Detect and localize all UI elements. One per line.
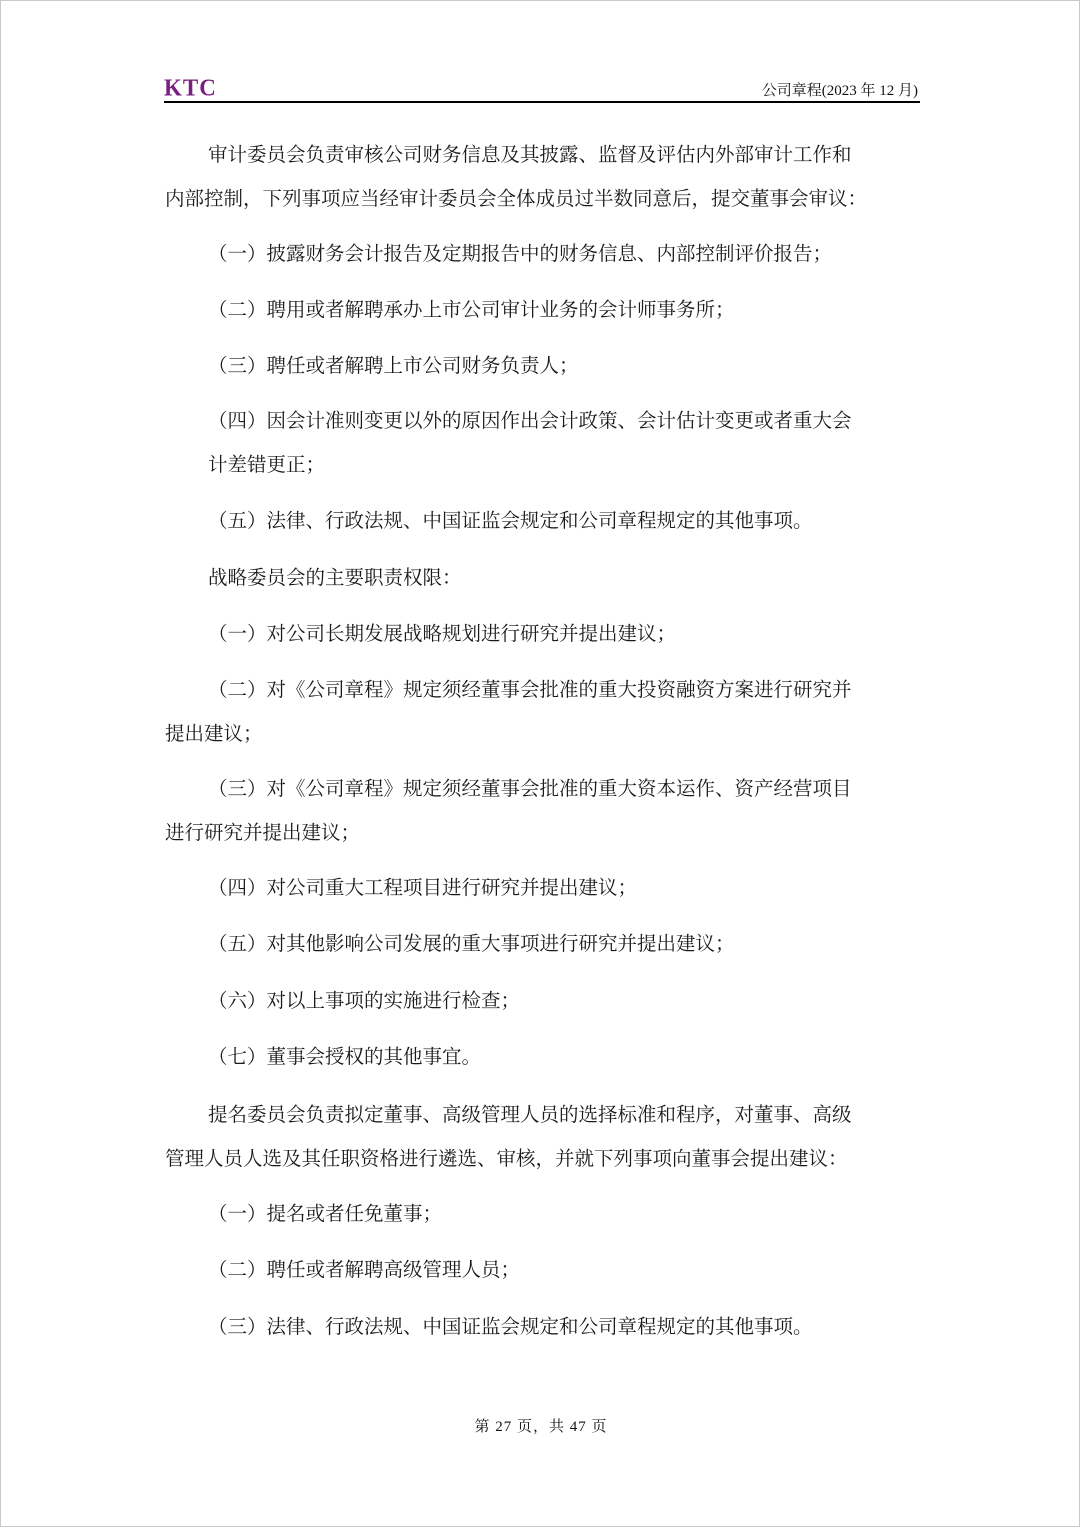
text-line: （三）法律、行政法规、中国证监会规定和公司章程规定的其他事项。: [165, 1305, 921, 1349]
text-line: （七）董事会授权的其他事宜。: [165, 1035, 921, 1079]
list-item: （四）因会计准则变更以外的原因作出会计政策、会计估计变更或者重大会 计差错更正；: [165, 399, 921, 487]
list-item: （三）法律、行政法规、中国证监会规定和公司章程规定的其他事项。: [165, 1305, 921, 1349]
text-line: 提出建议；: [165, 712, 921, 756]
text-line: （五）法律、行政法规、中国证监会规定和公司章程规定的其他事项。: [165, 499, 921, 543]
paragraph-nomination-committee: 提名委员会负责拟定董事、高级管理人员的选择标准和程序，对董事、高级 管理人员人选…: [165, 1093, 921, 1181]
text-line: （三）聘任或者解聘上市公司财务负责人；: [165, 344, 921, 388]
text-line: （四）因会计准则变更以外的原因作出会计政策、会计估计变更或者重大会: [165, 399, 921, 443]
list-item: （二）对《公司章程》规定须经董事会批准的重大投资融资方案进行研究并 提出建议；: [165, 668, 921, 756]
list-item: （五）对其他影响公司发展的重大事项进行研究并提出建议；: [165, 922, 921, 966]
paragraph-strategy-committee: 战略委员会的主要职责权限：: [165, 556, 921, 600]
text-line: 审计委员会负责审核公司财务信息及其披露、监督及评估内外部审计工作和: [165, 133, 921, 177]
page-header: KTC 公司章程(2023 年 12 月): [164, 73, 920, 103]
paragraph-audit-committee: 审计委员会负责审核公司财务信息及其披露、监督及评估内外部审计工作和 内部控制，下…: [165, 133, 921, 221]
document-title: 公司章程(2023 年 12 月): [762, 79, 918, 100]
list-item: （五）法律、行政法规、中国证监会规定和公司章程规定的其他事项。: [165, 499, 921, 543]
text-line: （二）聘用或者解聘承办上市公司审计业务的会计师事务所；: [165, 288, 921, 332]
text-line: （三）对《公司章程》规定须经董事会批准的重大资本运作、资产经营项目: [165, 767, 921, 811]
list-item: （一）披露财务会计报告及定期报告中的财务信息、内部控制评价报告；: [165, 232, 921, 276]
text-line: （二）对《公司章程》规定须经董事会批准的重大投资融资方案进行研究并: [165, 668, 921, 712]
list-item: （一）提名或者任免董事；: [165, 1192, 921, 1236]
list-item: （二）聘任或者解聘高级管理人员；: [165, 1248, 921, 1292]
list-item: （三）聘任或者解聘上市公司财务负责人；: [165, 344, 921, 388]
text-line: （一）提名或者任免董事；: [165, 1192, 921, 1236]
text-line: （一）披露财务会计报告及定期报告中的财务信息、内部控制评价报告；: [165, 232, 921, 276]
text-line: （五）对其他影响公司发展的重大事项进行研究并提出建议；: [165, 922, 921, 966]
text-line: 进行研究并提出建议；: [165, 811, 921, 855]
list-item: （一）对公司长期发展战略规划进行研究并提出建议；: [165, 612, 921, 656]
text-line: （二）聘任或者解聘高级管理人员；: [165, 1248, 921, 1292]
list-item: （二）聘用或者解聘承办上市公司审计业务的会计师事务所；: [165, 288, 921, 332]
list-item: （六）对以上事项的实施进行检查；: [165, 979, 921, 1023]
page-number: 第 27 页，共 47 页: [1, 1415, 1080, 1436]
list-item: （三）对《公司章程》规定须经董事会批准的重大资本运作、资产经营项目 进行研究并提…: [165, 767, 921, 855]
text-line: （四）对公司重大工程项目进行研究并提出建议；: [165, 866, 921, 910]
text-line: 管理人员人选及其任职资格进行遴选、审核，并就下列事项向董事会提出建议：: [165, 1137, 921, 1181]
text-line: 战略委员会的主要职责权限：: [165, 556, 921, 600]
text-line: （一）对公司长期发展战略规划进行研究并提出建议；: [165, 612, 921, 656]
text-line: 计差错更正；: [165, 443, 921, 487]
document-page: KTC 公司章程(2023 年 12 月) 审计委员会负责审核公司财务信息及其披…: [0, 0, 1080, 1527]
list-item: （七）董事会授权的其他事宜。: [165, 1035, 921, 1079]
text-line: 内部控制，下列事项应当经审计委员会全体成员过半数同意后，提交董事会审议：: [165, 177, 921, 221]
company-logo: KTC: [164, 74, 217, 101]
list-item: （四）对公司重大工程项目进行研究并提出建议；: [165, 866, 921, 910]
text-line: 提名委员会负责拟定董事、高级管理人员的选择标准和程序，对董事、高级: [165, 1093, 921, 1137]
text-line: （六）对以上事项的实施进行检查；: [165, 979, 921, 1023]
